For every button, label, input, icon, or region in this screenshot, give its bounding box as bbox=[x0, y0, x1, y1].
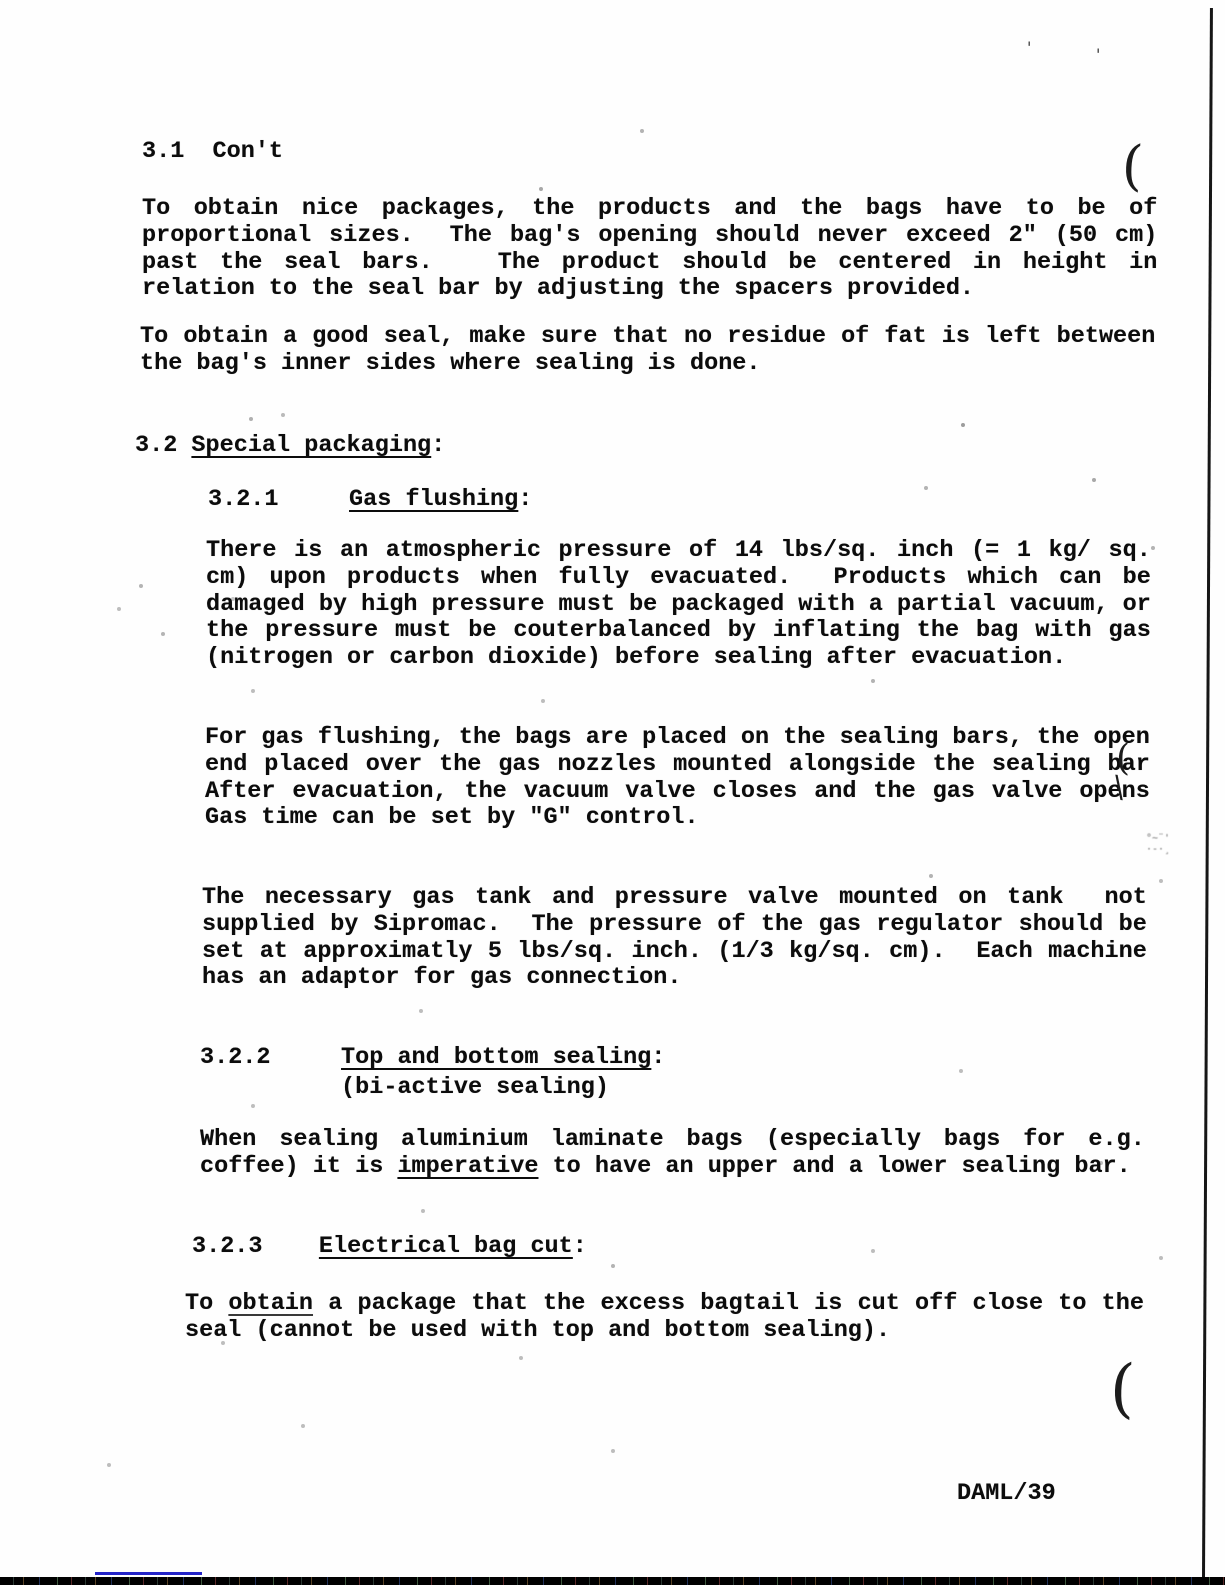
scanned-manual-page: 3.1 Con't To obtain nice packages, the p… bbox=[0, 0, 1225, 1585]
paragraph-atmospheric-pressure: There is an atmospheric pressure of 14 l… bbox=[206, 538, 1151, 672]
paragraph-aluminium-bags: When sealing aluminium laminate bags (es… bbox=[200, 1127, 1145, 1181]
scan-noise-dots bbox=[0, 0, 2, 2]
paragraph-good-seal: To obtain a good seal, make sure that no… bbox=[140, 324, 1155, 378]
paragraph-bag-cut: To obtain a package that the excess bagt… bbox=[185, 1291, 1144, 1345]
pen-paren-mark-top: ( bbox=[1120, 133, 1144, 197]
section-heading-3-2-2: 3.2.2 Top and bottom sealing: (bi-active… bbox=[200, 1043, 665, 1103]
scan-edge-bottom-bar bbox=[0, 1577, 1225, 1585]
section-heading-3-2-3: 3.2.3 Electrical bag cut: bbox=[192, 1234, 587, 1261]
blue-pen-line bbox=[95, 1572, 202, 1575]
page-code: DAML/39 bbox=[957, 1481, 1056, 1508]
scan-speck-quote-1: ' bbox=[1027, 38, 1031, 57]
scan-speck-quote-2: ' bbox=[1096, 45, 1100, 64]
section-heading-3-1: 3.1 Con't bbox=[142, 139, 283, 166]
section-heading-3-2: 3.2 Special packaging: bbox=[135, 433, 445, 460]
section-heading-3-2-1: 3.2.1 Gas flushing: bbox=[208, 487, 532, 514]
pen-paren-mark-bottom: ( bbox=[1109, 1352, 1137, 1427]
paragraph-gas-flushing-procedure: For gas flushing, the bags are placed on… bbox=[205, 725, 1150, 832]
paragraph-gas-tank: The necessary gas tank and pressure valv… bbox=[202, 885, 1147, 992]
scan-smudge: °~¨' ·-·¸ bbox=[1146, 833, 1170, 855]
paragraph-proportional-sizes: To obtain nice packages, the products an… bbox=[142, 196, 1157, 303]
scan-edge-vertical-line bbox=[1202, 8, 1213, 1578]
